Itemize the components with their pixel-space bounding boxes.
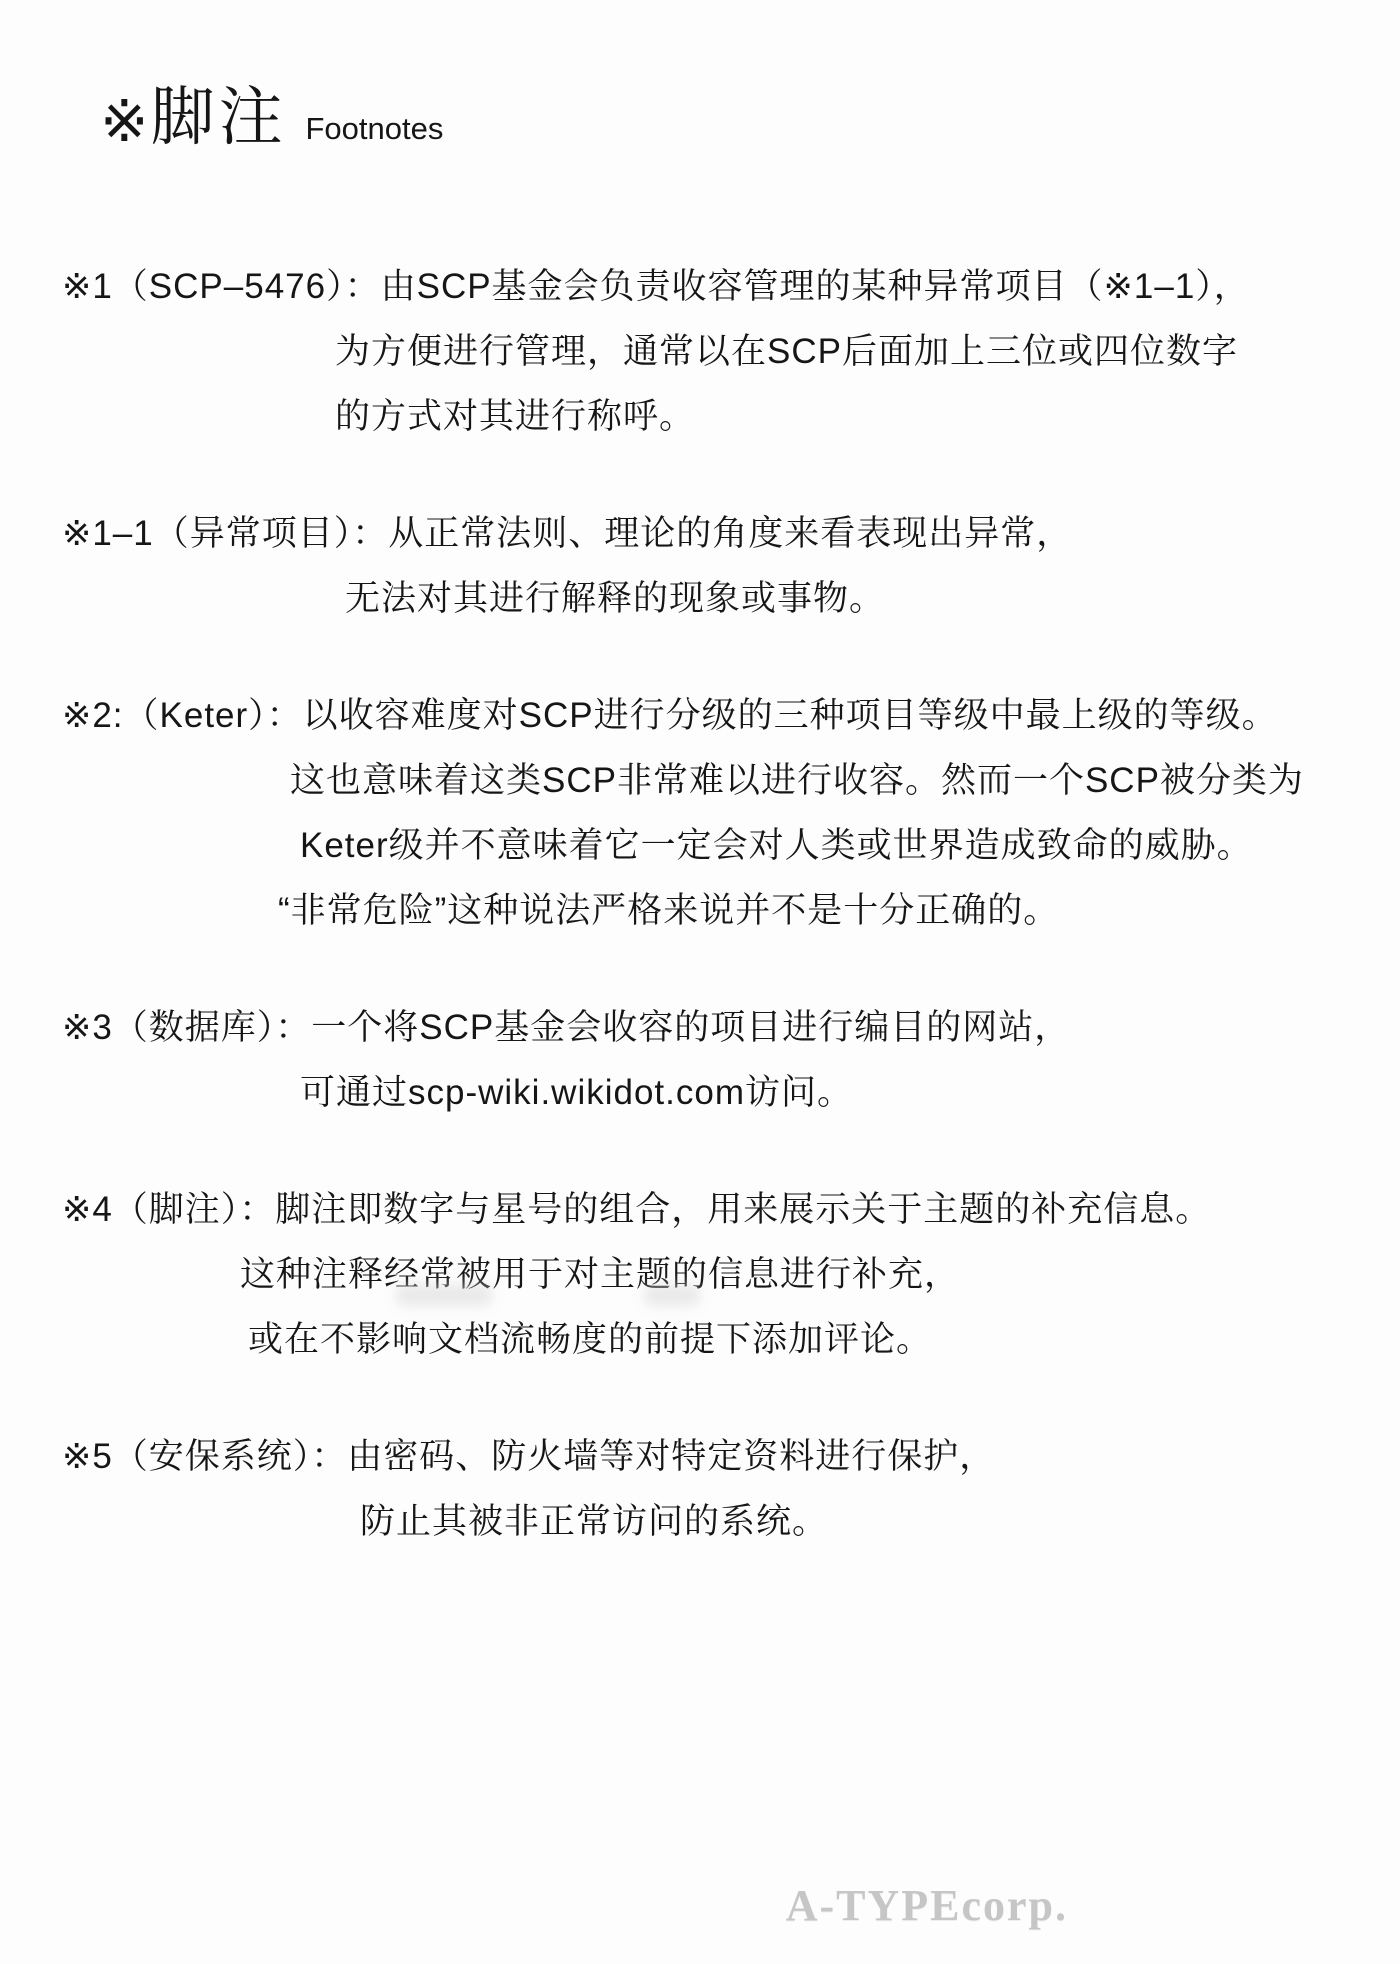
footnote-line: 或在不影响文档流畅度的前提下添加评论。 [248,1307,1360,1372]
footnotes-content: ※脚注 Footnotes ※1（SCP–5476）：由SCP基金会负责收容管理… [0,0,1400,1606]
footnote-line: ※2:（Keter）：以收容难度对SCP进行分级的三种项目等级中最上级的等级。 [62,683,1360,748]
footnote-text: 一个将SCP基金会收容的项目进行编目的网站， [311,1008,1070,1047]
footnote-line: 的方式对其进行称呼。 [335,384,1360,449]
footnote-2: ※2:（Keter）：以收容难度对SCP进行分级的三种项目等级中最上级的等级。 … [62,683,1360,943]
footnote-1-1: ※1–1（异常项目）：从正常法则、理论的角度来看表现出异常， 无法对其进行解释的… [62,501,1360,631]
scan-artifact [644,1284,700,1306]
footnote-label: ※1–1（异常项目）： [62,514,388,553]
footnote-label: ※2:（Keter）： [62,696,303,735]
footnote-line: ※3（数据库）：一个将SCP基金会收容的项目进行编目的网站， [62,995,1360,1060]
footnote-4: ※4（脚注）：脚注即数字与星号的组合，用来展示关于主题的补充信息。 这种注释经常… [62,1177,1360,1372]
watermark-logo: A-TYPEcorp. [786,1880,1068,1931]
footnote-line: ※4（脚注）：脚注即数字与星号的组合，用来展示关于主题的补充信息。 [62,1177,1360,1242]
footnote-label: ※3（数据库）： [62,1008,311,1047]
footnote-line: 这也意味着这类SCP非常难以进行收容。然而一个SCP被分类为 [290,748,1360,813]
footnote-text: 由SCP基金会负责收容管理的某种异常项目（※1–1）， [381,267,1250,306]
footnote-text: 由密码、防火墙等对特定资料进行保护， [347,1437,995,1476]
footnote-3: ※3（数据库）：一个将SCP基金会收容的项目进行编目的网站， 可通过scp-wi… [62,995,1360,1125]
page-title: ※脚注 Footnotes [100,66,1360,158]
footnote-5: ※5（安保系统）：由密码、防火墙等对特定资料进行保护， 防止其被非正常访问的系统… [62,1424,1360,1554]
page-title-en: Footnotes [306,111,444,146]
scan-artifact [396,1284,492,1306]
footnote-1: ※1（SCP–5476）：由SCP基金会负责收容管理的某种异常项目（※1–1），… [62,254,1360,449]
footnote-line: ※5（安保系统）：由密码、防火墙等对特定资料进行保护， [62,1424,1360,1489]
footnote-line: 可通过scp-wiki.wikidot.com访问。 [300,1060,1360,1125]
page-title-zh: 脚注 [151,81,287,153]
footnote-line: ※1–1（异常项目）：从正常法则、理论的角度来看表现出异常， [62,501,1360,566]
footnote-label: ※4（脚注）： [62,1190,275,1229]
footnote-text: 脚注即数字与星号的组合，用来展示关于主题的补充信息。 [275,1190,1211,1229]
document-page: ※脚注 Footnotes ※1（SCP–5476）：由SCP基金会负责收容管理… [0,0,1400,1964]
footnote-line: ※1（SCP–5476）：由SCP基金会负责收容管理的某种异常项目（※1–1）， [62,254,1360,319]
footnote-text: 以收容难度对SCP进行分级的三种项目等级中最上级的等级。 [303,696,1278,735]
footnote-label: ※5（安保系统）： [62,1437,347,1476]
footnote-line: “非常危险”这种说法严格来说并不是十分正确的。 [278,878,1360,943]
footnote-line: 防止其被非正常访问的系统。 [360,1489,1360,1554]
footnote-line: 无法对其进行解释的现象或事物。 [345,566,1360,631]
reference-mark-icon: ※ [100,89,151,154]
footnote-label: ※1（SCP–5476）： [62,267,381,306]
footnote-text: 从正常法则、理论的角度来看表现出异常， [388,514,1072,553]
footnote-line: 为方便进行管理，通常以在SCP后面加上三位或四位数字 [335,319,1360,384]
footnote-line: Keter级并不意味着它一定会对人类或世界造成致命的威胁。 [300,813,1360,878]
